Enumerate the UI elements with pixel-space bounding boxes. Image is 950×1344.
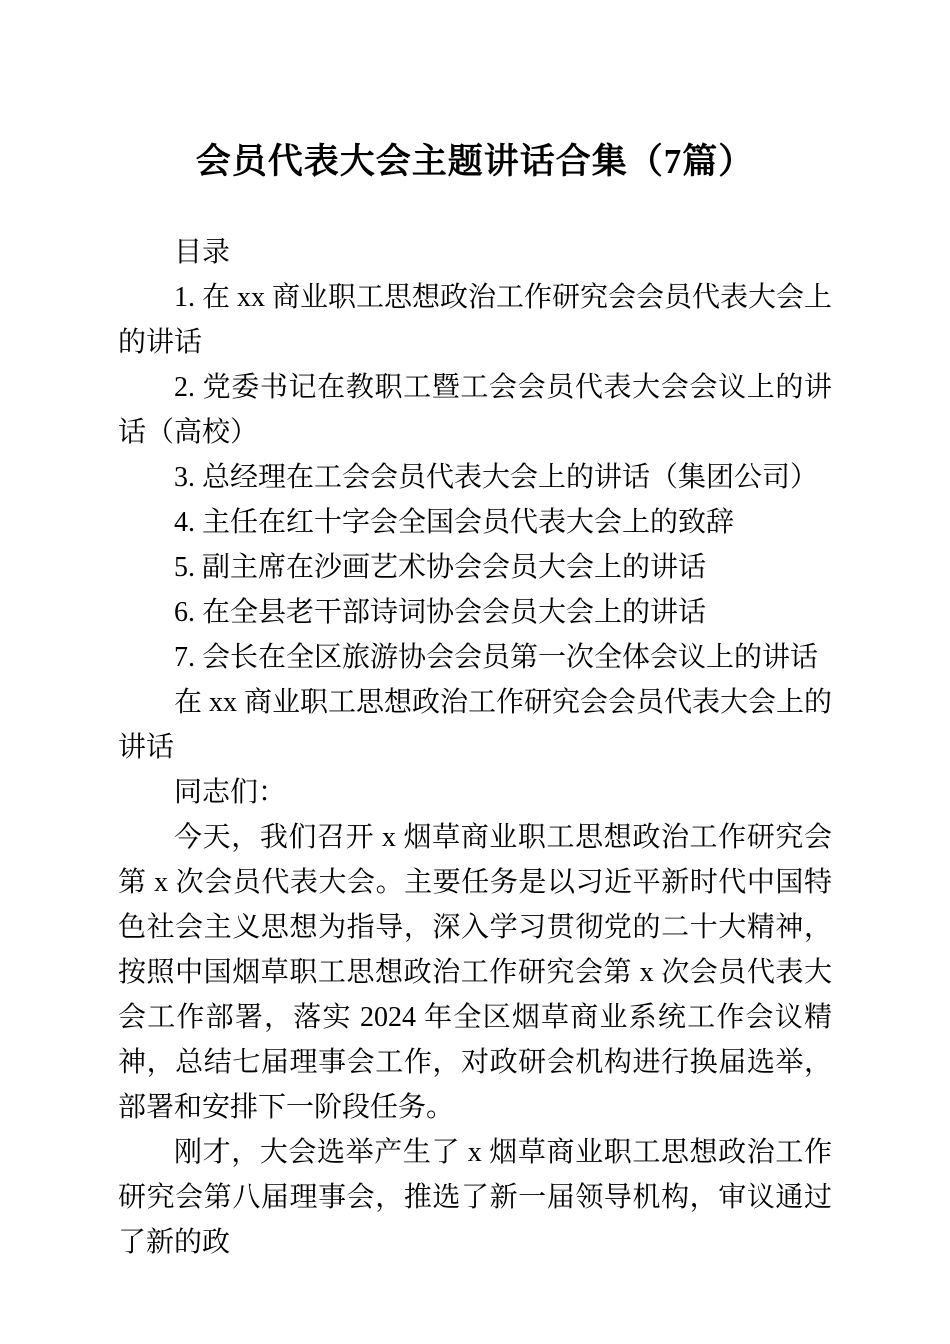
toc-item-7: 7. 会长在全区旅游协会会员第一次全体会议上的讲话 bbox=[118, 635, 832, 680]
toc-item-2: 2. 党委书记在教职工暨工会会员代表大会会议上的讲话（高校） bbox=[118, 365, 832, 455]
body-paragraph: 今天，我们召开 x 烟草商业职工思想政治工作研究会第 x 次会员代表大会。主要任… bbox=[118, 815, 832, 1130]
body-paragraph: 刚才，大会选举产生了 x 烟草商业职工思想政治工作研究会第八届理事会，推选了新一… bbox=[118, 1130, 832, 1265]
toc-heading: 目录 bbox=[118, 230, 832, 275]
document-page: 会员代表大会主题讲话合集（7篇） 目录 1. 在 xx 商业职工思想政治工作研究… bbox=[0, 0, 950, 1344]
toc-item-3: 3. 总经理在工会会员代表大会上的讲话（集团公司） bbox=[118, 455, 832, 500]
toc-item-6: 6. 在全县老干部诗词协会会员大会上的讲话 bbox=[118, 590, 832, 635]
salutation: 同志们： bbox=[118, 770, 832, 815]
document-title: 会员代表大会主题讲话合集（7篇） bbox=[118, 138, 832, 186]
toc-item-5: 5. 副主席在沙画艺术协会会员大会上的讲话 bbox=[118, 545, 832, 590]
toc-item-4: 4. 主任在红十字会全国会员代表大会上的致辞 bbox=[118, 500, 832, 545]
toc-item-1: 1. 在 xx 商业职工思想政治工作研究会会员代表大会上的讲话 bbox=[118, 275, 832, 365]
section-heading: 在 xx 商业职工思想政治工作研究会会员代表大会上的讲话 bbox=[118, 680, 832, 770]
